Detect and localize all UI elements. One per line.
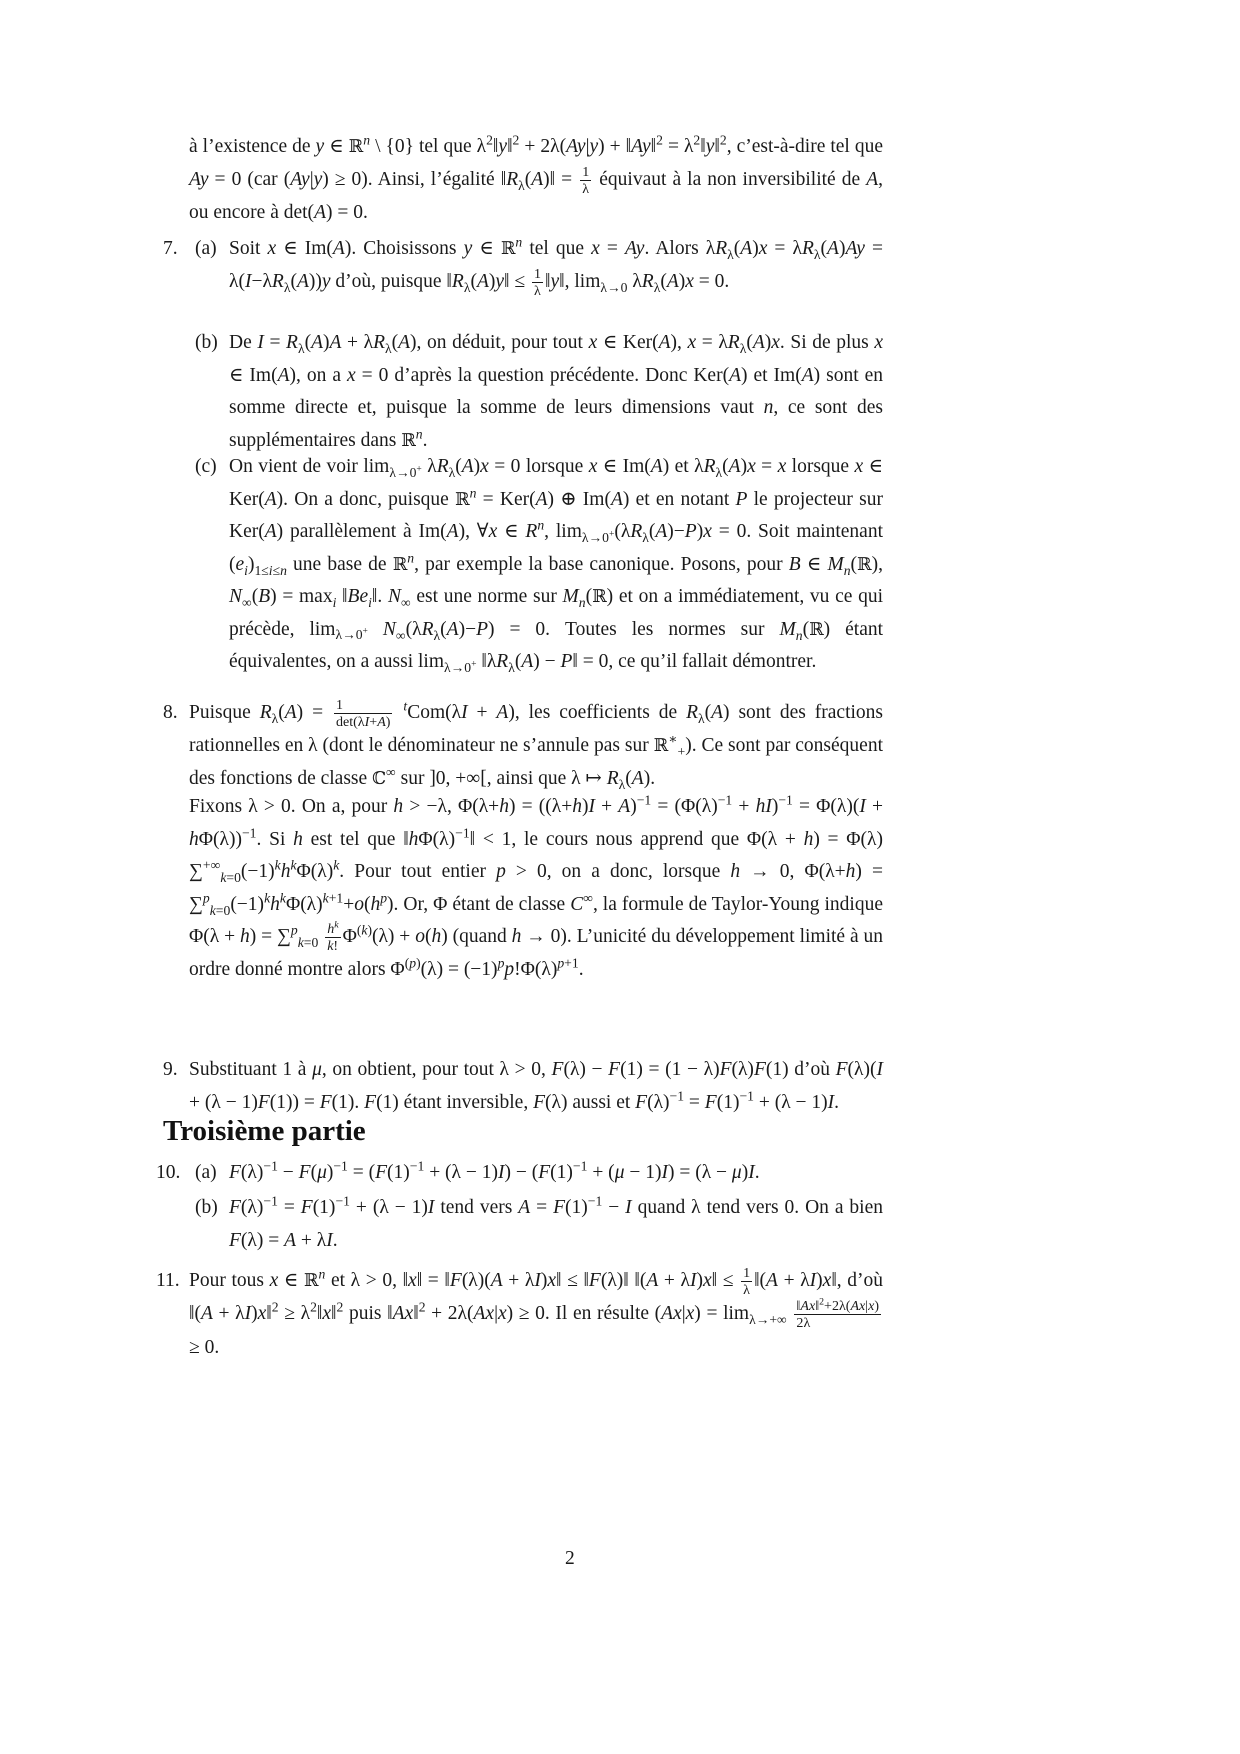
item-number-10: 10. <box>156 1157 180 1190</box>
item-7b-text: De I = Rλ(A)A + λRλ(A), on déduit, pour … <box>229 327 883 457</box>
item-7c-label: (c) <box>195 451 217 484</box>
item-8-paragraph-1: Puisque Rλ(A) = 1det(λI+A) tCom(λI + A),… <box>189 697 883 795</box>
item-number-8: 8. <box>163 697 178 730</box>
item-10b-label: (b) <box>195 1192 218 1225</box>
item-7a-text: Soit x ∈ Im(A). Choisissons y ∈ ℝn tel q… <box>229 233 883 299</box>
item-7b-label: (b) <box>195 327 218 360</box>
item-11-text: Pour tous x ∈ ℝn et λ > 0, ‖x‖ = ‖F(λ)(A… <box>189 1265 883 1364</box>
intro-paragraph: à l’existence de y ∈ ℝn \ {0} tel que λ2… <box>189 131 883 229</box>
item-7c-text: On vient de voir limλ→0+ λRλ(A)x = 0 lor… <box>229 451 883 679</box>
item-number-11: 11. <box>156 1265 180 1298</box>
item-number-7: 7. <box>163 233 178 266</box>
item-number-9: 9. <box>163 1054 178 1087</box>
document-page: à l’existence de y ∈ ℝn \ {0} tel que λ2… <box>0 0 1240 1754</box>
item-10a-text: F(λ)−1 − F(μ)−1 = (F(1)−1 + (λ − 1)I) − … <box>229 1157 883 1190</box>
item-8-paragraph-2: Fixons λ > 0. On a, pour h > −λ, Φ(λ+h) … <box>189 791 883 987</box>
section-title: Troisième partie <box>163 1115 366 1148</box>
item-9-text: Substituant 1 à μ, on obtient, pour tout… <box>189 1054 883 1119</box>
item-7a-label: (a) <box>195 233 217 266</box>
item-10a-label: (a) <box>195 1157 217 1190</box>
page-number: 2 <box>565 1548 575 1570</box>
item-10b-text: F(λ)−1 = F(1)−1 + (λ − 1)I tend vers A =… <box>229 1192 883 1257</box>
